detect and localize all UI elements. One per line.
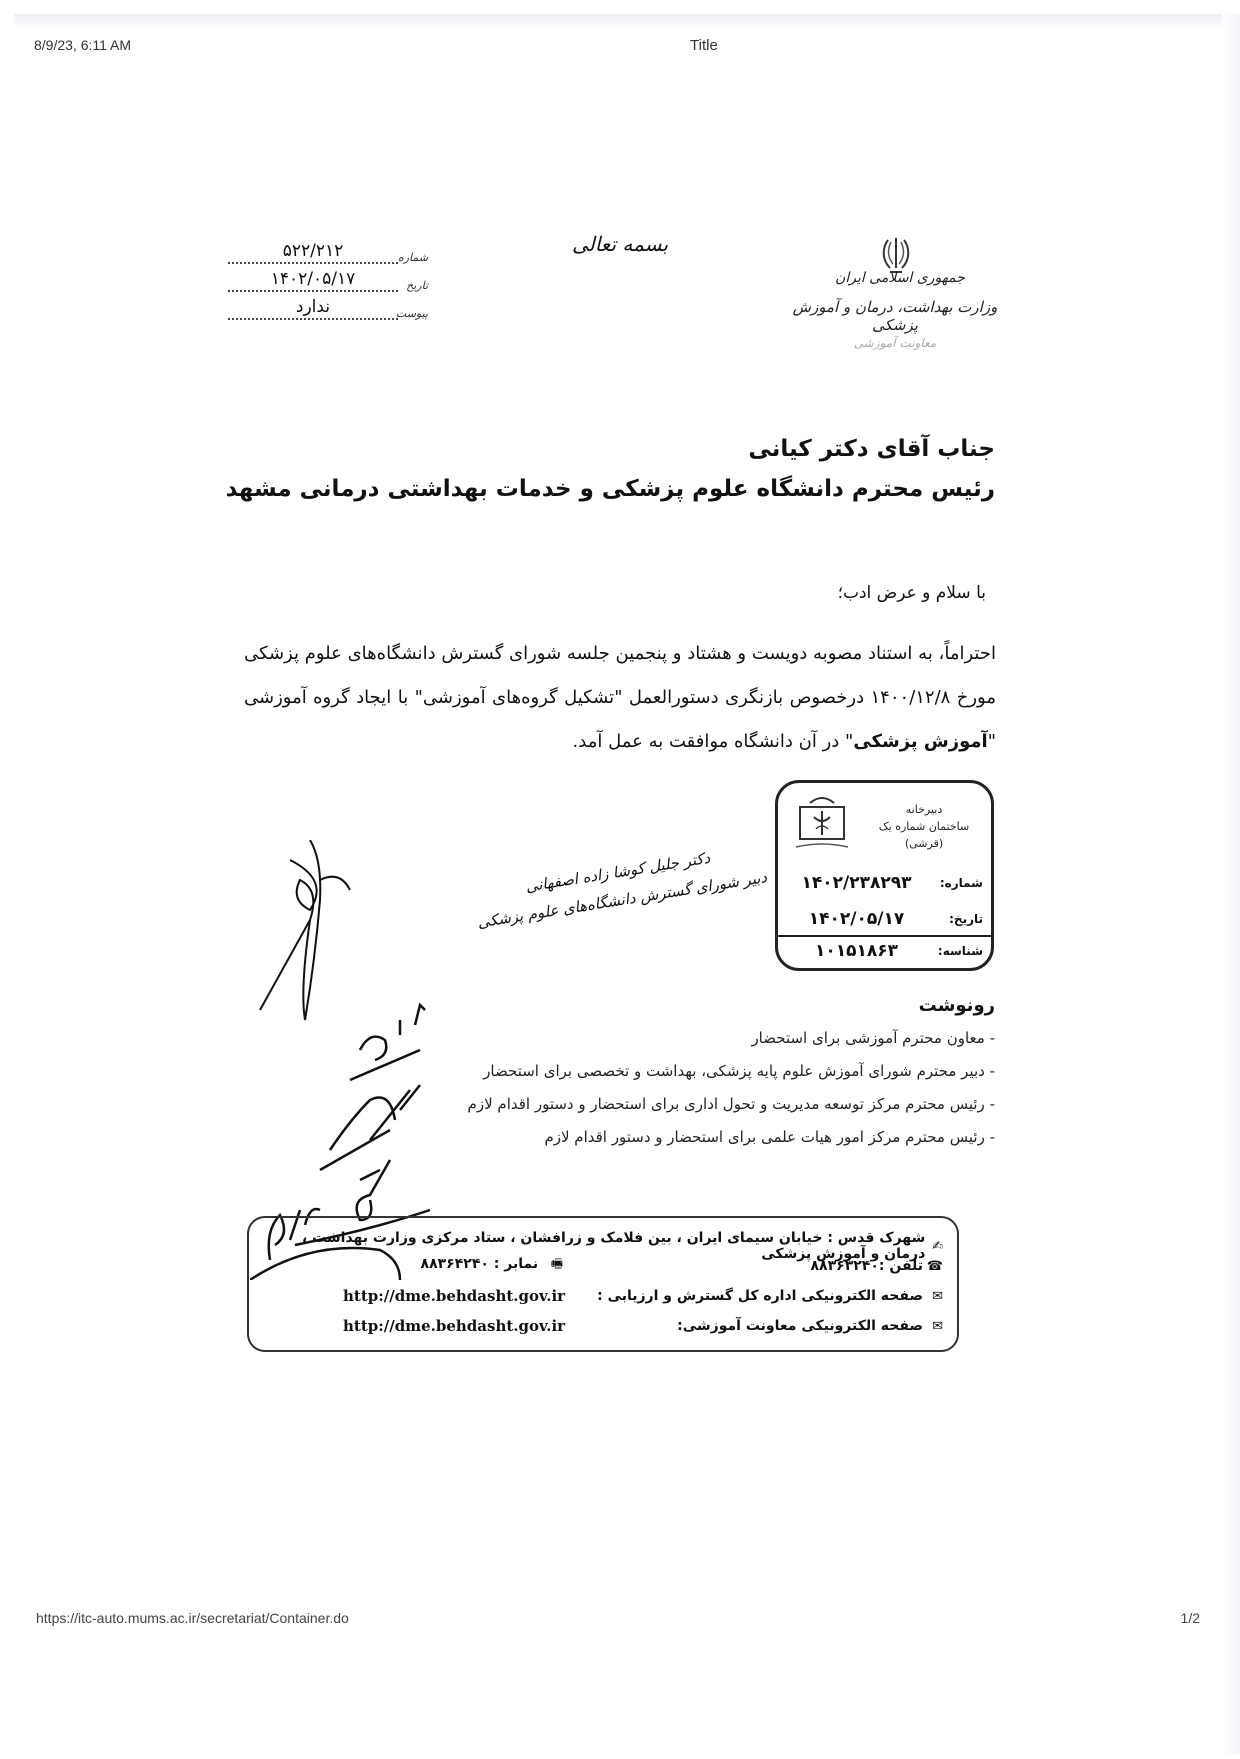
stamp-number-row: شماره: ۱۴۰۲/۲۳۸۲۹۳ [786, 873, 983, 893]
letterhead-department: معاونت آموزشی [840, 336, 950, 350]
print-title: Title [690, 37, 718, 54]
stamp-number-label: شماره: [927, 876, 983, 890]
web1-label: صفحه الکترونیکی اداره کل گسترش و ارزیابی… [597, 1288, 923, 1304]
stamp-divider [778, 935, 991, 937]
signature-block: دکتر جلیل کوشا زاده اصفهانی دبیر شورای گ… [467, 835, 772, 937]
addressee: جناب آقای دکتر کیانی رئیس محترم دانشگاه … [226, 436, 995, 502]
cc-section: رونوشت - معاون محترم آموزشی برای استحضار… [468, 995, 995, 1154]
letter-meta: شماره ۵۲۲/۲۱۲ تاریخ ۱۴۰۲/۰۵/۱۷ پیوست ندا… [228, 236, 428, 320]
telephone-icon: ☎ [929, 1259, 943, 1274]
letterhead-ministry: وزارت بهداشت، درمان و آموزش پزشکی [790, 298, 1000, 334]
meta-number-row: شماره ۵۲۲/۲۱۲ [228, 236, 428, 264]
scan-edge-right [1222, 14, 1240, 1754]
web2-link[interactable]: http://dme.behdasht.gov.ir [343, 1317, 565, 1335]
stamp-id-value: ۱۰۱۵۱۸۶۳ [786, 941, 927, 961]
letterhead-country: جمهوری اسلامی ایران [820, 270, 980, 286]
fax-label: نمابر : [494, 1256, 538, 1272]
addressee-title: رئیس محترم دانشگاه علوم پزشکی و خدمات به… [226, 476, 995, 502]
cc-item: - رئیس محترم مرکز توسعه مدیریت و تحول اد… [468, 1088, 995, 1121]
stamp-header: دبیرخانه ساختمان شماره یک (قرشی) [869, 801, 979, 852]
letter-body: احتراماً، به استناد مصوبه دویست و هشتاد … [244, 632, 996, 764]
stamp-id-label: شناسه: [927, 944, 983, 958]
meta-number-label: شماره [398, 251, 428, 264]
cc-title: رونوشت [468, 995, 995, 1016]
stamp-date-label: تاریخ: [927, 912, 983, 926]
body-bold-phrase: آموزش پزشکی [853, 731, 987, 752]
stamp-date-value: ۱۴۰۲/۰۵/۱۷ [786, 909, 927, 929]
stamp-building: ساختمان شماره یک [869, 818, 979, 835]
cc-item: - رئیس محترم مرکز امور هیات علمی برای اس… [468, 1121, 995, 1154]
meta-attachment-row: پیوست ندارد [228, 292, 428, 320]
body-part-2: " در آن دانشگاه موافقت به عمل آمد. [573, 731, 854, 752]
mail-icon: ✉ [929, 1319, 943, 1334]
stamp-number-value: ۱۴۰۲/۲۳۸۲۹۳ [786, 873, 927, 893]
meta-attachment-label: پیوست [398, 307, 428, 320]
secretariat-stamp: دبیرخانه ساختمان شماره یک (قرشی) شماره: … [775, 780, 994, 971]
fax-group: 🖷 نمابر : ۸۸۳۶۴۲۴۰ [421, 1255, 563, 1277]
meta-attachment-value: ندارد [228, 297, 398, 320]
fax-number: ۸۸۳۶۴۲۴۰ [421, 1256, 489, 1272]
mail-icon: ✉ [929, 1289, 943, 1304]
stamp-date-row: تاریخ: ۱۴۰۲/۰۵/۱۷ [786, 909, 983, 929]
cc-item: - دبیر محترم شورای آموزش علوم پایه پزشکی… [468, 1055, 995, 1088]
web1-link[interactable]: http://dme.behdasht.gov.ir [343, 1287, 565, 1305]
phone-label: تلفن : [879, 1258, 923, 1274]
stamp-location: (قرشی) [869, 835, 979, 852]
stamp-office: دبیرخانه [869, 801, 979, 818]
meta-number-value: ۵۲۲/۲۱۲ [228, 241, 398, 264]
fax-icon: 🖷 [549, 1255, 563, 1277]
cc-item: - معاون محترم آموزشی برای استحضار [468, 1022, 995, 1055]
stamp-id-row: شناسه: ۱۰۱۵۱۸۶۳ [786, 941, 983, 961]
meta-date-row: تاریخ ۱۴۰۲/۰۵/۱۷ [228, 264, 428, 292]
print-page-number: 1/2 [1181, 1610, 1200, 1626]
contact-web2-row: ✉ صفحه الکترونیکی معاونت آموزشی: http://… [263, 1318, 943, 1334]
contact-phone-row: ☎ تلفن : ۸۸۳۶۳۲۴۰ 🖷 نمابر : ۸۸۳۶۴۲۴۰ [263, 1258, 943, 1274]
contact-box: ✍ شهرک قدس : خیابان سیمای ایران ، بین فل… [247, 1216, 959, 1352]
greeting: با سلام و عرض ادب؛ [838, 583, 986, 603]
contact-web1-row: ✉ صفحه الکترونیکی اداره کل گسترش و ارزیا… [263, 1288, 943, 1304]
bismillah: بسمه تعالی [560, 232, 680, 256]
meta-date-label: تاریخ [398, 279, 428, 292]
print-datetime: 8/9/23, 6:11 AM [34, 37, 131, 53]
web2-label: صفحه الکترونیکی معاونت آموزشی: [677, 1318, 923, 1334]
phone-number: ۸۸۳۶۳۲۴۰ [811, 1258, 879, 1274]
meta-date-value: ۱۴۰۲/۰۵/۱۷ [228, 269, 398, 292]
scan-edge-top [14, 14, 1234, 30]
university-seal-icon [792, 795, 852, 853]
envelope-pen-icon: ✍ [931, 1239, 943, 1254]
addressee-name: جناب آقای دکتر کیانی [226, 436, 995, 462]
print-footer-url: https://itc-auto.mums.ac.ir/secretariat/… [36, 1610, 349, 1626]
